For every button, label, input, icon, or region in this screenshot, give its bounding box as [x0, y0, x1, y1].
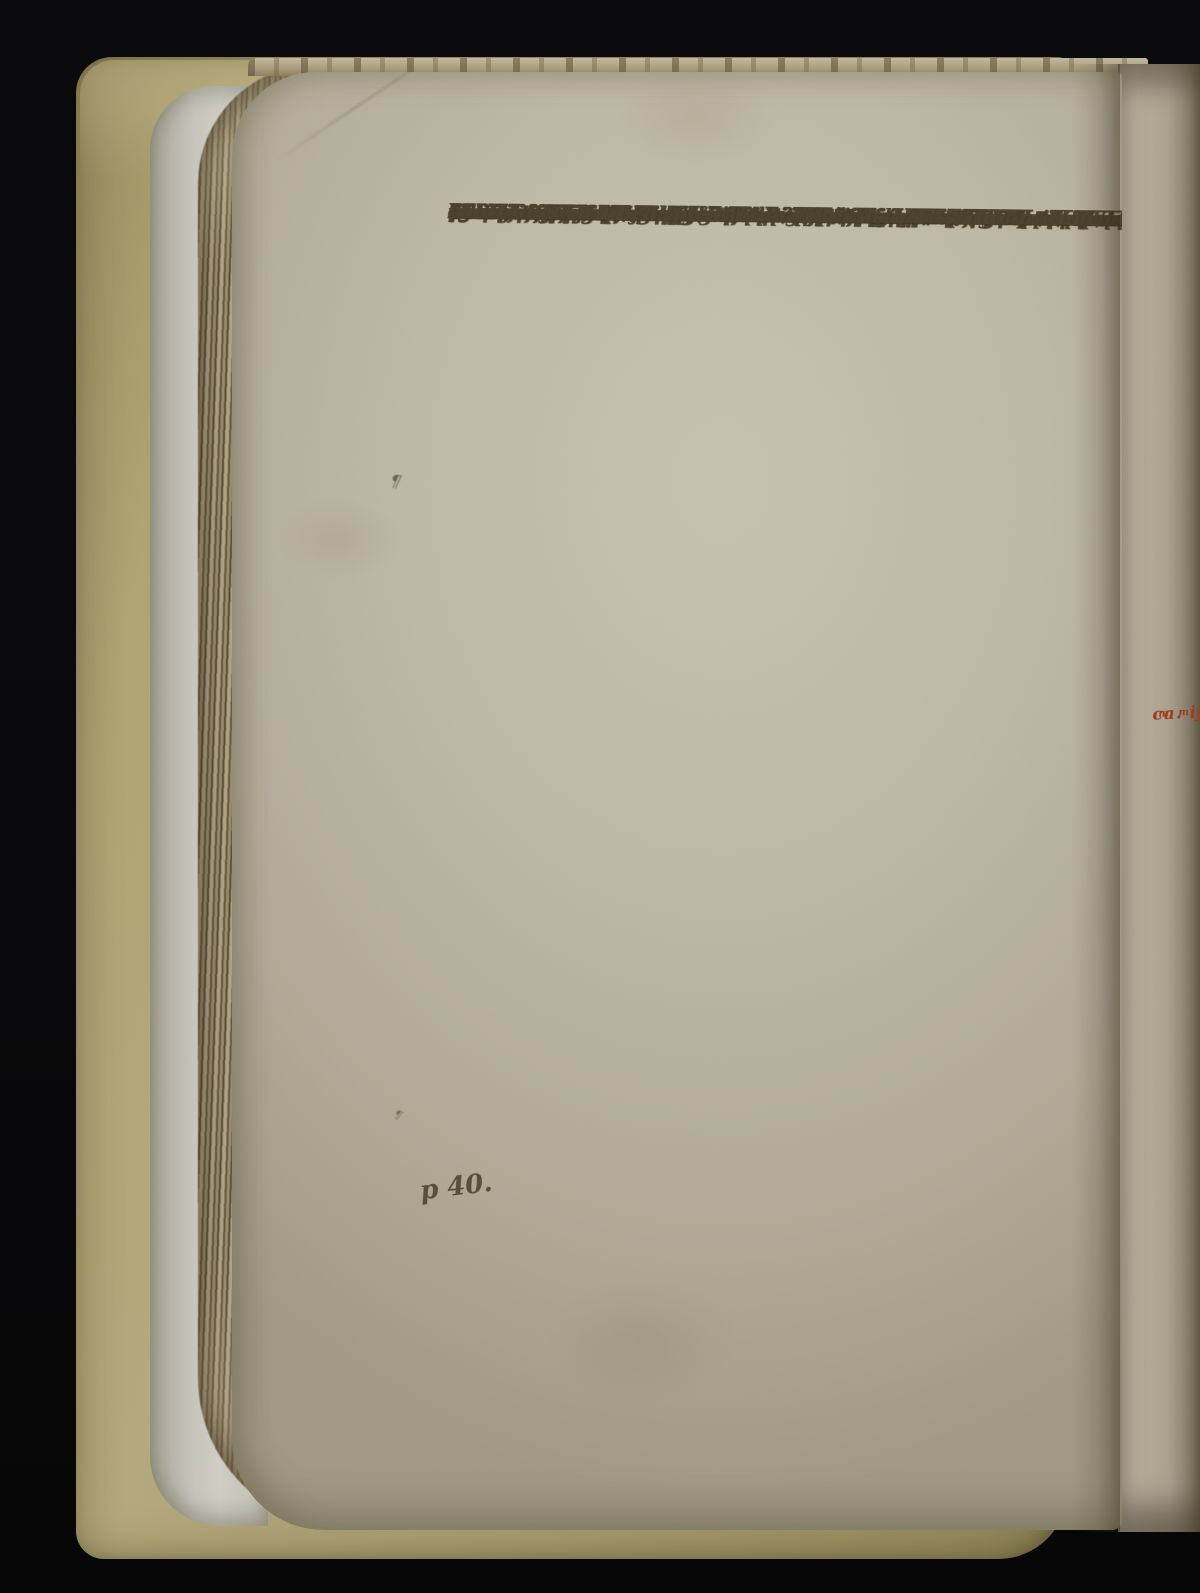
text-line: contentas in libro questionario huius ar…: [448, 196, 1056, 234]
manuscript-photograph: tūc cognosco qd pars dormiui / et repono…: [0, 0, 1200, 1593]
manuscript-page: tūc cognosco qd pars dormiui / et repono…: [232, 72, 1122, 1530]
page-number-annotation: p 40.: [418, 1168, 494, 1207]
margin-flourish-icon: ¶: [391, 1107, 404, 1123]
page-crease: [272, 72, 481, 164]
facing-page-sliver: [1118, 64, 1200, 1532]
manuscript-text-block: tūc cognosco qd pars dormiui / et repono…: [450, 196, 1114, 204]
gutter-shadow: [1072, 64, 1120, 1532]
margin-flourish-icon: ¶: [388, 471, 403, 493]
rubric-text: ca. ij.: [1152, 705, 1200, 722]
